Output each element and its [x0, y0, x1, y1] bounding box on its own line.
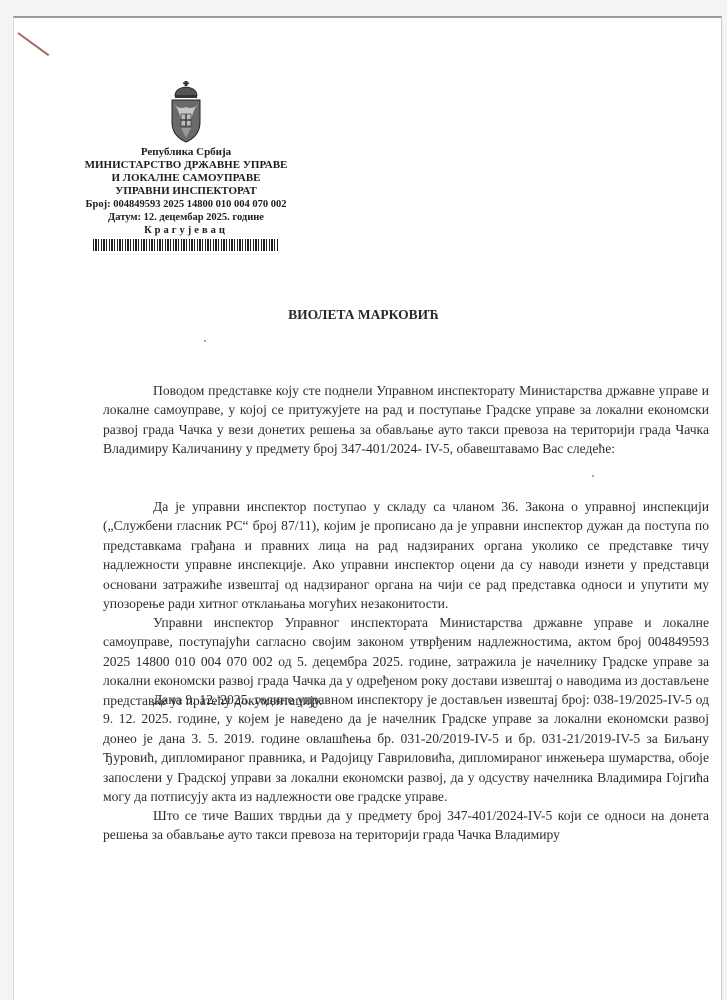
ministry-name-line1: МИНИСТАРСТВО ДРЖАВНЕ УПРАВЕ [70, 159, 302, 172]
inspectorate-name: УПРАВНИ ИНСПЕКТОРАТ [70, 185, 302, 198]
body-paragraph-5: Што се тиче Ваших тврдњи да у предмету б… [103, 806, 709, 845]
body-paragraph-4: Дана 9. 12. 2025. године управном инспек… [103, 690, 709, 806]
document-date: Датум: 12. децембар 2025. године [70, 211, 302, 224]
serbian-coat-of-arms-icon [169, 80, 203, 146]
country-name: Република Србија [70, 146, 302, 159]
body-paragraph-2: Да је управни инспектор поступао у склад… [103, 497, 709, 613]
scan-speck [592, 475, 594, 477]
body-paragraph-1: Поводом представке коју сте поднели Упра… [103, 381, 709, 459]
recipient-name: ВИОЛЕТА МАРКОВИЋ [0, 307, 727, 323]
document-city: Крагујевац [70, 224, 302, 237]
document-number: Број: 004849593 2025 14800 010 004 070 0… [70, 198, 302, 211]
ministry-name-line2: И ЛОКАЛНЕ САМОУПРАВЕ [70, 172, 302, 185]
scan-speck [204, 340, 206, 342]
barcode [93, 239, 279, 251]
letterhead: Република Србија МИНИСТАРСТВО ДРЖАВНЕ УП… [70, 80, 302, 251]
